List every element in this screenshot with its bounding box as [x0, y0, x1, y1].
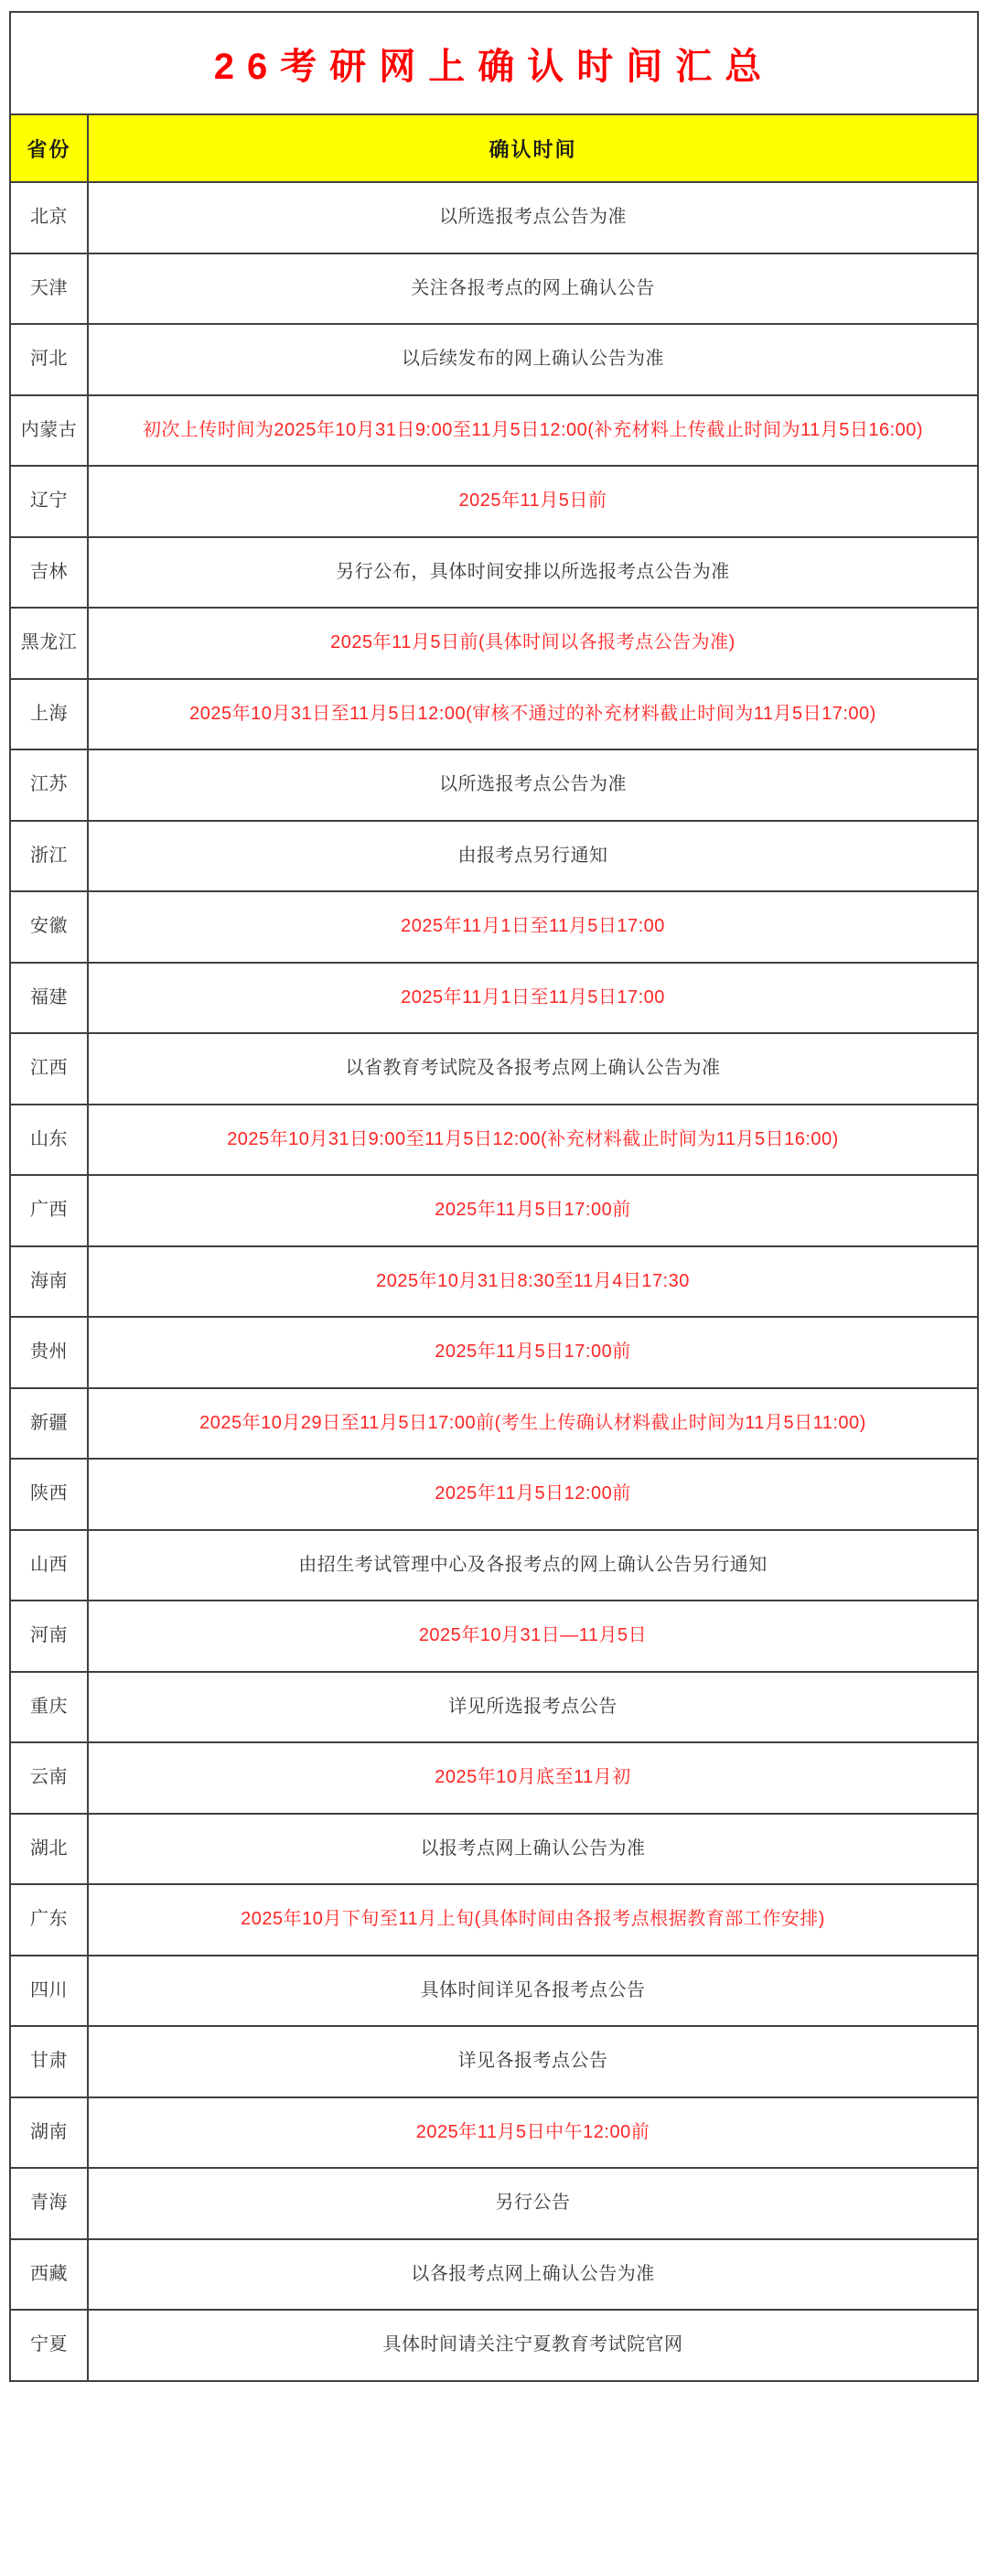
confirm-time-cell: 以所选报考点公告为准 [88, 749, 978, 821]
province-cell: 广西 [10, 1175, 88, 1246]
confirm-time-cell: 另行公布，具体时间安排以所选报考点公告为准 [88, 537, 978, 609]
province-cell: 江西 [10, 1033, 88, 1105]
confirm-time-cell: 以省教育考试院及各报考点网上确认公告为准 [88, 1033, 978, 1105]
table-row: 北京 以所选报考点公告为准 [10, 182, 978, 253]
province-cell: 内蒙古 [10, 395, 88, 467]
confirm-time-cell: 详见所选报考点公告 [88, 1672, 978, 1743]
table-row: 黑龙江 2025年11月5日前(具体时间以各报考点公告为准) [10, 608, 978, 679]
confirm-time-cell: 2025年11月5日17:00前 [88, 1317, 978, 1388]
province-cell: 湖南 [10, 2097, 88, 2169]
table-row: 天津 关注各报考点的网上确认公告 [10, 253, 978, 325]
confirm-time-cell: 以后续发布的网上确认公告为准 [88, 324, 978, 395]
table-row: 陕西 2025年11月5日12:00前 [10, 1459, 978, 1530]
province-cell: 新疆 [10, 1388, 88, 1460]
province-cell: 山西 [10, 1530, 88, 1601]
confirm-time-cell: 2025年11月1日至11月5日17:00 [88, 963, 978, 1034]
table-row: 山东 2025年10月31日9:00至11月5日12:00(补充材料截止时间为1… [10, 1105, 978, 1176]
table-row: 安徽 2025年11月1日至11月5日17:00 [10, 891, 978, 963]
province-cell: 甘肃 [10, 2026, 88, 2097]
province-cell: 宁夏 [10, 2310, 88, 2381]
table-row: 辽宁 2025年11月5日前 [10, 466, 978, 537]
province-cell: 安徽 [10, 891, 88, 963]
table-body: 北京 以所选报考点公告为准 天津 关注各报考点的网上确认公告 河北 以后续发布的… [10, 182, 978, 2381]
confirmation-time-sheet: 26考研网上确认时间汇总 省份 确认时间 北京 以所选报考点公告为准 天津 关注… [9, 11, 979, 2382]
confirm-time-cell: 关注各报考点的网上确认公告 [88, 253, 978, 325]
table-row: 广东 2025年10月下旬至11月上旬(具体时间由各报考点根据教育部工作安排) [10, 1884, 978, 1956]
page-title: 26考研网上确认时间汇总 [10, 12, 978, 114]
table-row: 河南 2025年10月31日—11月5日 [10, 1601, 978, 1672]
table-row: 新疆 2025年10月29日至11月5日17:00前(考生上传确认材料截止时间为… [10, 1388, 978, 1460]
province-cell: 江苏 [10, 749, 88, 821]
province-cell: 海南 [10, 1246, 88, 1318]
confirm-time-cell: 2025年10月底至11月初 [88, 1742, 978, 1814]
province-cell: 四川 [10, 1956, 88, 2027]
confirm-time-cell: 具体时间请关注宁夏教育考试院官网 [88, 2310, 978, 2381]
table-row: 河北 以后续发布的网上确认公告为准 [10, 324, 978, 395]
confirm-time-cell: 具体时间详见各报考点公告 [88, 1956, 978, 2027]
confirm-time-cell: 初次上传时间为2025年10月31日9:00至11月5日12:00(补充材料上传… [88, 395, 978, 467]
province-cell: 广东 [10, 1884, 88, 1956]
table-row: 湖南 2025年11月5日中午12:00前 [10, 2097, 978, 2169]
table-row: 四川 具体时间详见各报考点公告 [10, 1956, 978, 2027]
table-row: 山西 由招生考试管理中心及各报考点的网上确认公告另行通知 [10, 1530, 978, 1601]
confirm-time-cell: 以各报考点网上确认公告为准 [88, 2239, 978, 2311]
province-cell: 天津 [10, 253, 88, 325]
table-row: 广西 2025年11月5日17:00前 [10, 1175, 978, 1246]
table-row: 青海 另行公告 [10, 2168, 978, 2239]
table-row: 贵州 2025年11月5日17:00前 [10, 1317, 978, 1388]
confirm-time-cell: 由招生考试管理中心及各报考点的网上确认公告另行通知 [88, 1530, 978, 1601]
province-cell: 福建 [10, 963, 88, 1034]
province-cell: 辽宁 [10, 466, 88, 537]
confirm-time-cell: 2025年10月下旬至11月上旬(具体时间由各报考点根据教育部工作安排) [88, 1884, 978, 1956]
confirm-time-cell: 2025年10月31日—11月5日 [88, 1601, 978, 1672]
table-row: 云南 2025年10月底至11月初 [10, 1742, 978, 1814]
confirm-time-cell: 2025年11月5日前(具体时间以各报考点公告为准) [88, 608, 978, 679]
confirm-time-cell: 2025年10月31日8:30至11月4日17:30 [88, 1246, 978, 1318]
confirm-time-cell: 2025年11月5日前 [88, 466, 978, 537]
province-cell: 青海 [10, 2168, 88, 2239]
confirm-time-cell: 2025年10月29日至11月5日17:00前(考生上传确认材料截止时间为11月… [88, 1388, 978, 1460]
confirm-time-cell: 另行公告 [88, 2168, 978, 2239]
province-cell: 上海 [10, 679, 88, 750]
table-row: 浙江 由报考点另行通知 [10, 821, 978, 892]
title-row: 26考研网上确认时间汇总 [10, 12, 978, 114]
table-row: 吉林 另行公布，具体时间安排以所选报考点公告为准 [10, 537, 978, 609]
province-cell: 西藏 [10, 2239, 88, 2311]
confirm-time-cell: 2025年11月5日12:00前 [88, 1459, 978, 1530]
table-row: 上海 2025年10月31日至11月5日12:00(审核不通过的补充材料截止时间… [10, 679, 978, 750]
column-header-province: 省份 [10, 114, 88, 182]
table-row: 内蒙古 初次上传时间为2025年10月31日9:00至11月5日12:00(补充… [10, 395, 978, 467]
province-cell: 贵州 [10, 1317, 88, 1388]
confirm-time-cell: 以报考点网上确认公告为准 [88, 1814, 978, 1885]
confirm-time-cell: 2025年11月1日至11月5日17:00 [88, 891, 978, 963]
province-cell: 河北 [10, 324, 88, 395]
table-row: 甘肃 详见各报考点公告 [10, 2026, 978, 2097]
confirm-time-cell: 详见各报考点公告 [88, 2026, 978, 2097]
table-row: 福建 2025年11月1日至11月5日17:00 [10, 963, 978, 1034]
province-cell: 浙江 [10, 821, 88, 892]
confirm-time-cell: 2025年11月5日中午12:00前 [88, 2097, 978, 2169]
province-cell: 重庆 [10, 1672, 88, 1743]
confirm-time-cell: 2025年11月5日17:00前 [88, 1175, 978, 1246]
table-row: 江苏 以所选报考点公告为准 [10, 749, 978, 821]
province-cell: 陕西 [10, 1459, 88, 1530]
confirm-time-cell: 以所选报考点公告为准 [88, 182, 978, 253]
province-cell: 云南 [10, 1742, 88, 1814]
table-row: 湖北 以报考点网上确认公告为准 [10, 1814, 978, 1885]
confirm-time-cell: 2025年10月31日9:00至11月5日12:00(补充材料截止时间为11月5… [88, 1105, 978, 1176]
province-cell: 吉林 [10, 537, 88, 609]
province-cell: 北京 [10, 182, 88, 253]
table-header-row: 省份 确认时间 [10, 114, 978, 182]
table-row: 宁夏 具体时间请关注宁夏教育考试院官网 [10, 2310, 978, 2381]
confirm-time-cell: 由报考点另行通知 [88, 821, 978, 892]
province-cell: 湖北 [10, 1814, 88, 1885]
column-header-confirm-time: 确认时间 [88, 114, 978, 182]
confirm-time-cell: 2025年10月31日至11月5日12:00(审核不通过的补充材料截止时间为11… [88, 679, 978, 750]
confirmation-time-table: 26考研网上确认时间汇总 省份 确认时间 北京 以所选报考点公告为准 天津 关注… [9, 11, 979, 2382]
table-row: 重庆 详见所选报考点公告 [10, 1672, 978, 1743]
province-cell: 河南 [10, 1601, 88, 1672]
province-cell: 黑龙江 [10, 608, 88, 679]
table-row: 西藏 以各报考点网上确认公告为准 [10, 2239, 978, 2311]
province-cell: 山东 [10, 1105, 88, 1176]
table-row: 海南 2025年10月31日8:30至11月4日17:30 [10, 1246, 978, 1318]
table-row: 江西 以省教育考试院及各报考点网上确认公告为准 [10, 1033, 978, 1105]
